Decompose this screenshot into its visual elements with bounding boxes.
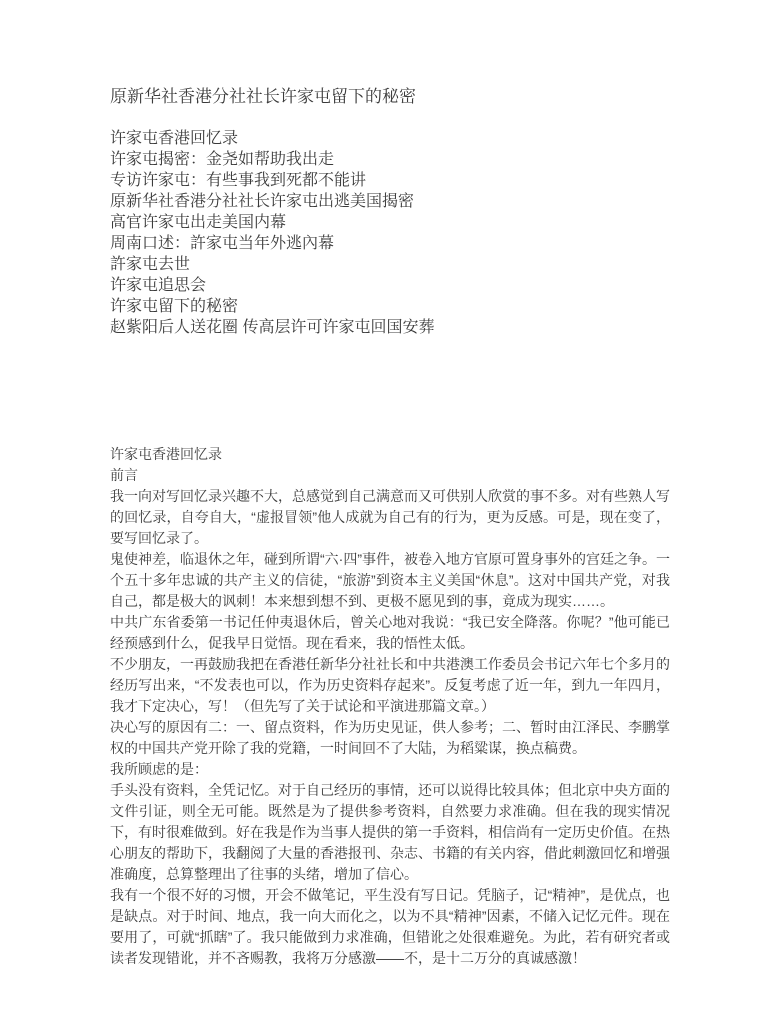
article-title: 许家屯香港回忆录 (110, 444, 670, 465)
list-item: 许家屯留下的秘密 (110, 296, 668, 317)
article-paragraph: 我有一个很不好的习惯，开会不做笔记，平生没有写日记。凭脑子，记“精神”，是优点，… (110, 885, 670, 969)
article-paragraph: 决心写的原因有二：一、留点资料，作为历史见证，供人参考；二、暂时由江泽民、李鹏掌… (110, 717, 670, 759)
related-links-list: 许家屯香港回忆录 许家屯揭密：金尧如帮助我出走 专访许家屯：有些事我到死都不能讲… (110, 128, 668, 338)
list-item: 原新华社香港分社社长许家屯出逃美国揭密 (110, 191, 668, 212)
list-item: 高官许家屯出走美国内幕 (110, 212, 668, 233)
article-section-heading: 前言 (110, 465, 670, 486)
list-item: 专访许家屯：有些事我到死都不能讲 (110, 170, 668, 191)
article-paragraph: 中共广东省委第一书记任仲夷退休后，曾关心地对我说：“我已安全降落。你呢？”他可能… (110, 612, 670, 654)
list-item: 许家屯揭密：金尧如帮助我出走 (110, 149, 668, 170)
list-item: 许家屯香港回忆录 (110, 128, 668, 149)
article-paragraph: 我所顾虑的是： (110, 759, 670, 780)
article-paragraph: 不少朋友，一再鼓励我把在香港任新华分社社长和中共港澳工作委员会书记六年七个多月的… (110, 654, 670, 717)
article-body: 许家屯香港回忆录 前言 我一向对写回忆录兴趣不大，总感觉到自己满意而又可供别人欣… (110, 444, 670, 969)
page-title: 原新华社香港分社社长许家屯留下的秘密 (110, 86, 668, 107)
list-item: 赵紫阳后人送花圈 传高层许可许家屯回国安葬 (110, 317, 668, 338)
article-paragraph: 手头没有资料，全凭记忆。对于自己经历的事情，还可以说得比较具体；但北京中央方面的… (110, 780, 670, 885)
list-item: 许家屯追思会 (110, 275, 668, 296)
article-paragraph: 鬼使神差，临退休之年，碰到所谓“六·四”事件，被卷入地方官原可置身事外的宫廷之争… (110, 549, 670, 612)
list-item: 許家屯去世 (110, 254, 668, 275)
list-item: 周南口述：許家屯当年外逃內幕 (110, 233, 668, 254)
document-page: 原新华社香港分社社长许家屯留下的秘密 许家屯香港回忆录 许家屯揭密：金尧如帮助我… (0, 0, 768, 1024)
article-paragraph: 我一向对写回忆录兴趣不大，总感觉到自己满意而又可供别人欣赏的事不多。对有些熟人写… (110, 486, 670, 549)
